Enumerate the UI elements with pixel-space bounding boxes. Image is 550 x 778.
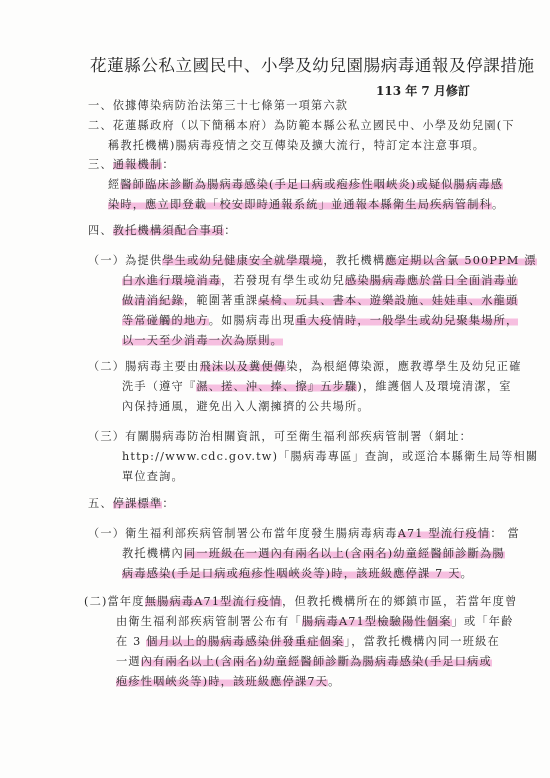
text-line: 白水進行環境消毒，若發現有學生或幼兒感染腸病毒應於當日全面消毒並 xyxy=(122,274,518,288)
text-segment: 三、 xyxy=(88,158,113,171)
text-line: （一）衛生福利部疾病管制署公布當年度發生腸病毒病毒A71 型流行疫情： 當 xyxy=(88,527,520,541)
text-segment: 。如腸病毒出現 xyxy=(209,314,296,327)
text-line: 稱教托機構)腸病毒疫情之交互傳染及擴大流行，特訂定本注意事項。 xyxy=(108,139,485,153)
text-segment: ： xyxy=(224,224,236,237)
document-page: 花蓮縣公私立國民中、小學及幼兒園腸病毒通報及停課措施 113 年 7 月修訂 一… xyxy=(0,0,550,778)
highlighted-text: 腸病毒A71型檢驗陽性個案 xyxy=(302,615,452,628)
text-line: 三、通報機制： xyxy=(88,158,175,172)
text-line: 五、停課標準： xyxy=(88,497,175,511)
text-line: 單位查詢。 xyxy=(122,470,184,484)
highlighted-text: 應定期以含氯 500PPM 漂 xyxy=(385,254,536,267)
text-segment: 稱教托機構)腸病毒疫情之交互傳染及擴大流行，特訂定本注意事項。 xyxy=(108,139,485,152)
highlighted-text: 等常碰觸的地方 xyxy=(122,314,209,327)
highlighted-text: 感染腸病毒應於當日全面消毒並 xyxy=(345,274,518,287)
text-segment: ，教托機構 xyxy=(323,254,385,267)
highlighted-text: 以一天至少消毒一次為原則。 xyxy=(122,334,283,347)
text-line: 一、依據傳染病防治法第三十七條第一項第六款 xyxy=(88,99,348,113)
document-title: 花蓮縣公私立國民中、小學及幼兒園腸病毒通報及停課措施 xyxy=(90,52,535,76)
text-line: 做清消紀錄，範圍著重課桌椅、玩具、書本、遊樂設施、娃娃車、水龍頭 xyxy=(122,294,518,308)
highlighted-text: 疱疹性咽峽炎等)時，該班級應停課7天 xyxy=(116,675,328,688)
highlighted-text: 通報機制 xyxy=(113,158,163,171)
text-line: 由衛生福利部疾病管制署公布有「腸病毒A71型檢驗陽性個案」或「年齡 xyxy=(116,615,514,629)
text-line: (二)當年度無腸病毒A71型流行疫情，但教托機構所在的鄉鎮市區，若當年度曾 xyxy=(84,595,517,609)
text-segment: 。 xyxy=(492,198,504,211)
highlighted-text: 學生或幼兒健康安全就學環境 xyxy=(162,254,323,267)
revision-date: 113 年 7 月修訂 xyxy=(376,82,470,99)
highlighted-text: 桌椅、玩具、書本、遊樂設施、娃娃車、水龍頭 xyxy=(258,294,518,307)
highlighted-text: 內有兩名以上(含兩名)幼童經醫師診斷為腸病毒感染(手足口病或 xyxy=(141,655,492,668)
text-segment: ，若發現有學生或幼兒 xyxy=(221,274,345,287)
text-segment: 染，為根絕傳染源，應教導學生及幼兒正確 xyxy=(286,360,521,373)
text-segment: ，範圍著重課 xyxy=(184,294,258,307)
text-segment: ，但教托機構所在的鄉鎮市區，若當年度曾 xyxy=(282,595,517,608)
highlighted-text: 飛沫以及糞便傳 xyxy=(200,360,287,373)
text-segment: 。 xyxy=(328,675,340,688)
text-line: 染時，應立即登載「校安即時通報系統」並通報本縣衛生局疾病管制科。 xyxy=(108,198,504,212)
text-line: http://www.cdc.gov.tw)「腸病毒專區」查詢，或逕洽本縣衛生局… xyxy=(122,450,538,464)
text-segment: 一週 xyxy=(116,655,141,668)
text-segment: （一）衛生福利部疾病管制署公布當年度發生腸病毒病毒 xyxy=(88,527,398,540)
text-line: 一週內有兩名以上(含兩名)幼童經醫師診斷為腸病毒感染(手足口病或 xyxy=(116,655,492,669)
highlighted-text: 個月以上的腸病毒感染併發重症個案 xyxy=(146,635,344,648)
text-line: 疱疹性咽峽炎等)時，該班級應停課7天。 xyxy=(116,675,340,689)
highlighted-text: 教托機構須配合事項 xyxy=(113,224,225,237)
text-segment: ： 當 xyxy=(490,527,520,540)
text-line: 等常碰觸的地方。如腸病毒出現重大疫情時，一般學生或幼兒聚集場所， xyxy=(122,314,518,328)
text-segment: 」或「年齡 xyxy=(452,615,514,628)
text-line: 四、教托機構須配合事項： xyxy=(88,224,237,238)
text-line: 洗手（遵守『濕、搓、沖、捧、擦』五步驟)，維護個人及環境清潔，室 xyxy=(122,380,512,394)
highlighted-text: 染時，應立即登載「校安即時通報系統」並通報本縣衛生局疾病管制科 xyxy=(108,198,492,211)
text-segment: 一、依據傳染病防治法第三十七條第一項第六款 xyxy=(88,99,348,112)
text-segment: 經 xyxy=(108,178,120,191)
text-line: 病毒感染(手足口病或疱疹性咽峽炎等)時，該班級應停課 7 天。 xyxy=(122,567,473,581)
text-segment: 洗手（遵守『 xyxy=(122,380,196,393)
text-segment: 。 xyxy=(461,567,473,580)
text-line: （一）為提供學生或幼兒健康安全就學環境，教托機構應定期以含氯 500PPM 漂 xyxy=(88,254,537,268)
text-segment: 內保持通風，避免出入人潮擁擠的公共場所。 xyxy=(122,400,370,413)
text-segment: 五、 xyxy=(88,497,113,510)
text-line: 經醫師臨床診斷為腸病毒感染(手足口病或疱疹性咽峽炎)或疑似腸病毒感 xyxy=(108,178,503,192)
highlighted-text: 同一班級在一週內有兩名以上(含兩名)幼童經醫師診斷為腸 xyxy=(184,547,505,560)
text-segment: )，維護個人及環境清潔，室 xyxy=(357,380,511,393)
highlighted-text: 停課標準 xyxy=(113,497,163,510)
text-line: （三）有關腸病毒防治相關資訊，可至衛生福利部疾病管制署（網址： xyxy=(88,430,472,444)
text-segment: 單位查詢。 xyxy=(122,470,184,483)
text-segment: 由衛生福利部疾病管制署公布有「 xyxy=(116,615,302,628)
text-segment: ： xyxy=(162,497,174,510)
text-line: 內保持通風，避免出入人潮擁擠的公共場所。 xyxy=(122,400,370,414)
text-line: 二、花蓮縣政府（以下簡稱本府）為防範本縣公私立國民中、小學及幼兒園(下 xyxy=(88,119,515,133)
highlighted-text: 無腸病毒A71型流行疫情 xyxy=(145,595,282,608)
highlighted-text: 做清消紀錄 xyxy=(122,294,184,307)
highlighted-text: A71 型流行疫情 xyxy=(398,527,491,540)
text-segment: 在 3 xyxy=(116,635,146,648)
text-line: 在 3 個月以上的腸病毒感染併發重症個案」，當教托機構內同一班級在 xyxy=(116,635,500,649)
text-segment: （三）有關腸病毒防治相關資訊，可至衛生福利部疾病管制署（網址： xyxy=(88,430,472,443)
highlighted-text: 醫師臨床診斷為腸病毒感染(手足口病或疱疹性咽峽炎)或疑似腸病毒感 xyxy=(120,178,503,191)
highlighted-text: 濕、搓、沖、捧、擦』五步驟 xyxy=(196,380,357,393)
text-segment: 」，當教托機構內同一班級在 xyxy=(344,635,499,648)
highlighted-text: 病毒感染(手足口病或疱疹性咽峽炎等)時，該班級應停課 7 天 xyxy=(122,567,461,580)
text-segment: （二）腸病毒主要由 xyxy=(88,360,200,373)
text-segment: 教托機構內 xyxy=(122,547,184,560)
text-segment: ： xyxy=(162,158,174,171)
text-segment: 二、花蓮縣政府（以下簡稱本府）為防範本縣公私立國民中、小學及幼兒園(下 xyxy=(88,119,515,132)
text-line: 教托機構內同一班級在一週內有兩名以上(含兩名)幼童經醫師診斷為腸 xyxy=(122,547,505,561)
highlighted-text: 白水進行環境消毒 xyxy=(122,274,221,287)
text-segment: 四、 xyxy=(88,224,113,237)
text-segment: (二)當年度 xyxy=(84,595,145,608)
text-segment: （一）為提供 xyxy=(88,254,162,267)
text-line: 以一天至少消毒一次為原則。 xyxy=(122,334,283,348)
text-segment: http://www.cdc.gov.tw)「腸病毒專區」查詢，或逕洽本縣衛生局… xyxy=(122,450,538,463)
highlighted-text: 重大疫情時，一般學生或幼兒聚集場所， xyxy=(295,314,518,327)
text-line: （二）腸病毒主要由飛沫以及糞便傳染，為根絕傳染源，應教導學生及幼兒正確 xyxy=(88,360,522,374)
